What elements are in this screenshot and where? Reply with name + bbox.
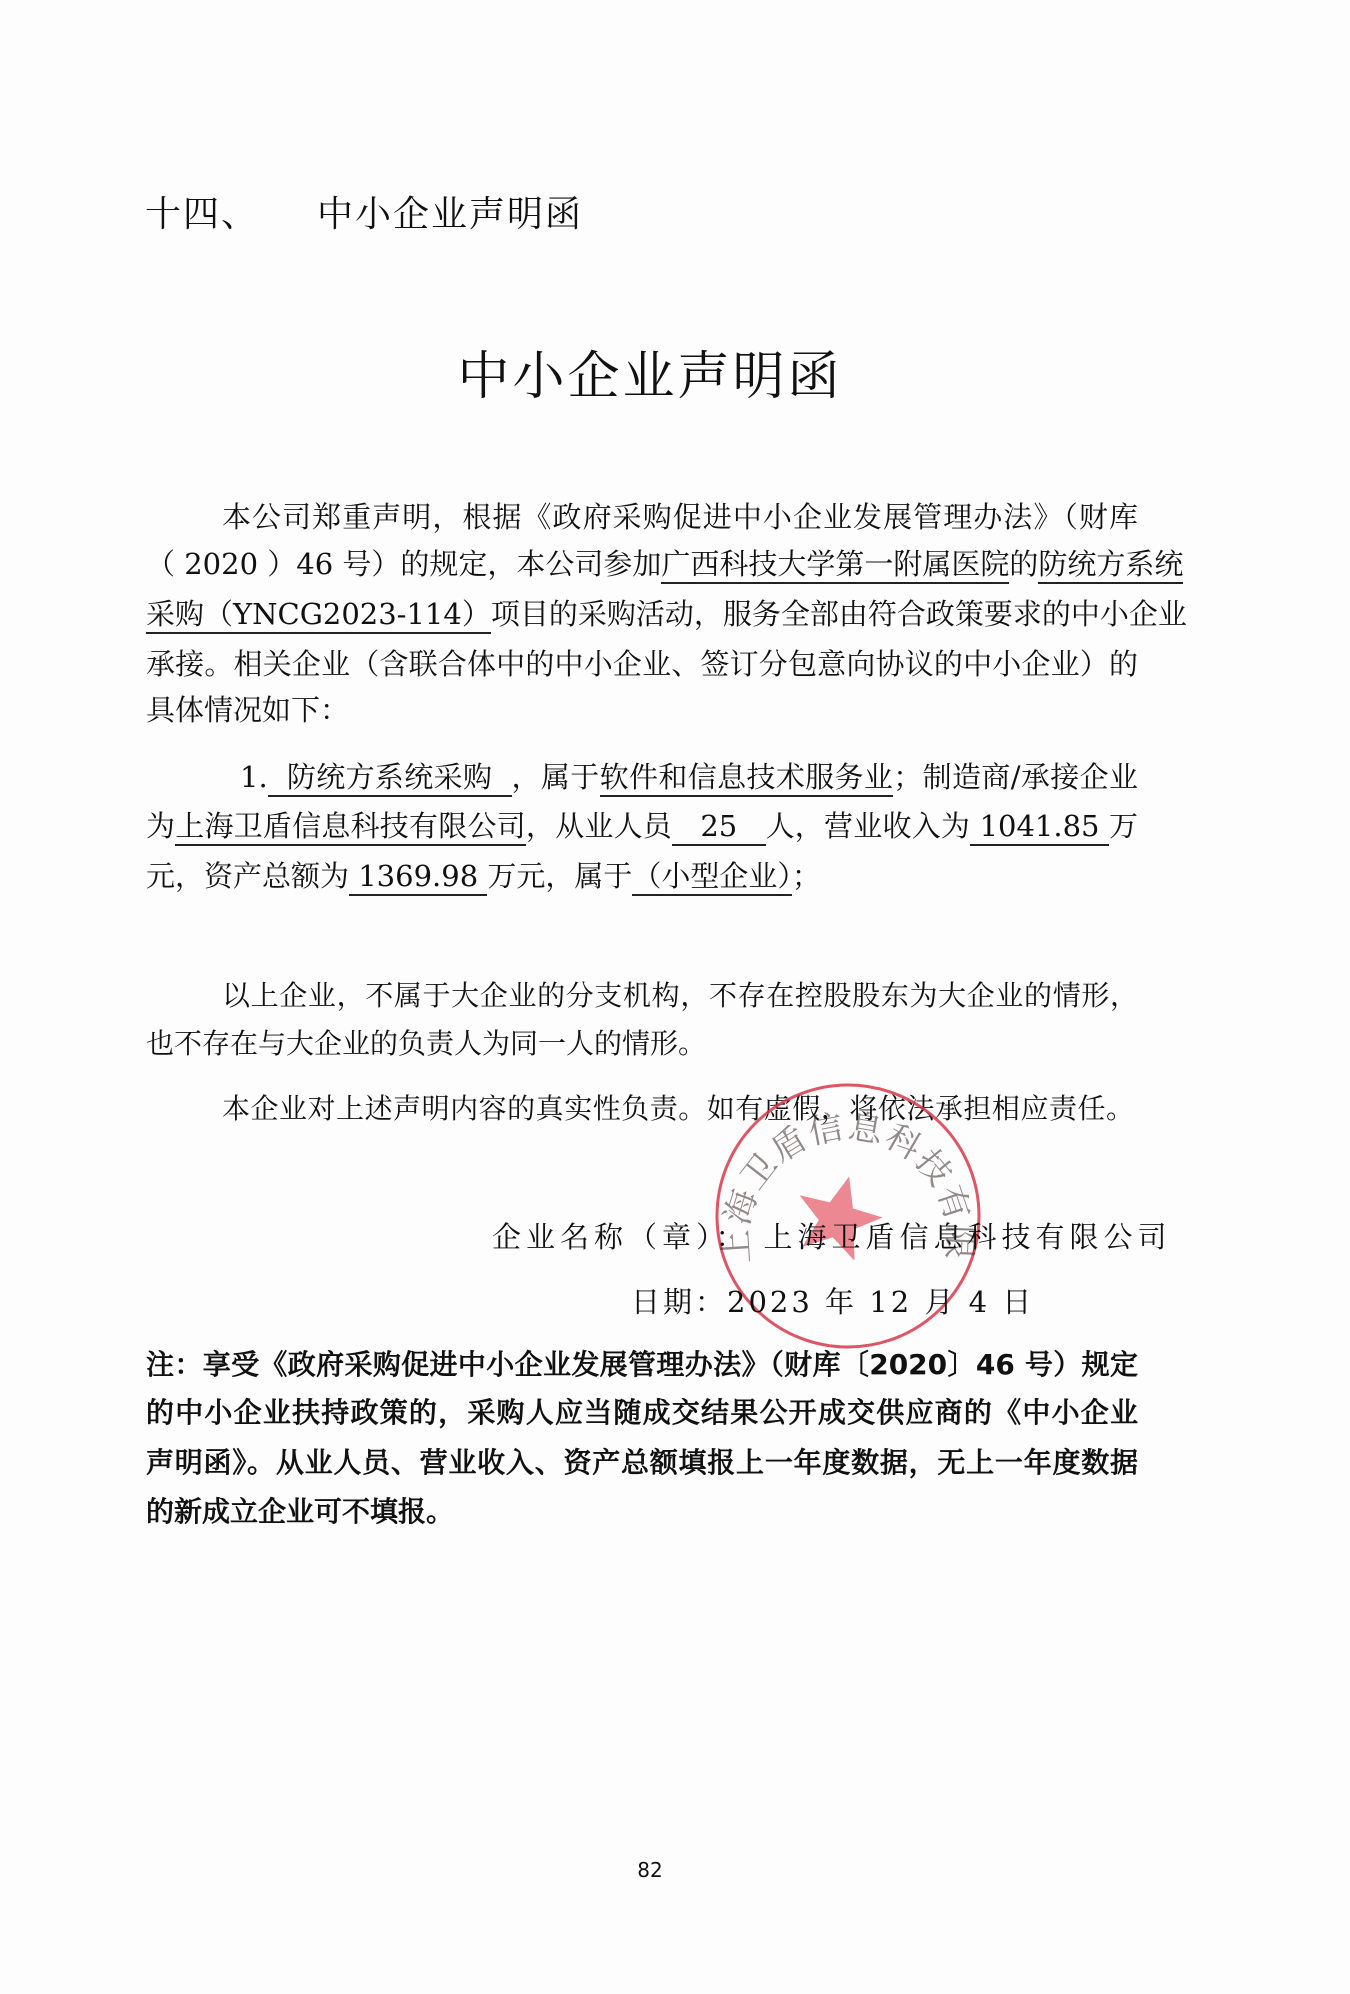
assets-label: 元，资产总额为	[146, 859, 349, 893]
regulation-ref: （ 2020 ）46 号）的规定，本公司参加	[146, 547, 661, 581]
type-label: 万元，属于	[487, 859, 632, 893]
note-line4: 的新成立企业可不填报。	[146, 1492, 1138, 1532]
paragraph2-line1: 以上企业，不属于大企业的分支机构，不存在控股股东为大企业的情形，	[222, 976, 1138, 1016]
item1-line1: 1. 防统方系统采购 ，属于软件和信息技术服务业；制造商/承接企业	[240, 757, 1138, 797]
maker-label: ；制造商/承接企业	[893, 760, 1138, 794]
item-end: ；	[792, 859, 821, 893]
belongs-label: ，属于	[512, 760, 600, 794]
paragraph3: 本企业对上述声明内容的真实性负责。如有虚假，将依法承担相应责任。	[222, 1089, 1134, 1129]
assets-value: 1369.98	[349, 859, 487, 896]
enterprise-type: （小型企业）	[632, 859, 792, 896]
paragraph1-line1: 本公司郑重声明，根据《政府采购促进中小企业发展管理办法》（财库	[146, 497, 1138, 537]
paragraph1-line3-text: 项目的采购活动，服务全部由符合政策要求的中小企业	[491, 597, 1187, 631]
document-title: 中小企业声明函	[0, 334, 1300, 409]
project-name-part2: 采购（YNCG2023-114）	[146, 597, 491, 634]
revenue-unit: 万	[1109, 809, 1138, 843]
page-number: 82	[0, 1858, 1300, 1882]
connector-text: 的	[1009, 547, 1038, 581]
company-name: 上海卫盾信息科技有限公司	[175, 809, 526, 846]
section-heading: 十四、中小企业声明函	[145, 186, 583, 237]
paragraph1-line5: 具体情况如下：	[146, 690, 1138, 730]
date-label: 日期：	[631, 1285, 727, 1319]
project-name-part1: 防统方系统	[1038, 547, 1183, 584]
signature-company-row: 企业名称（章）：上海卫盾信息科技有限公司	[492, 1215, 1172, 1256]
paragraph1-line3: 采购（YNCG2023-114）项目的采购活动，服务全部由符合政策要求的中小企业	[146, 594, 1138, 634]
item-index: 1.	[240, 760, 268, 794]
company-label: 企业名称（章）：	[492, 1220, 750, 1254]
employees-label: ，从业人员	[526, 809, 672, 843]
section-title: 中小企业声明函	[317, 194, 583, 235]
item1-line3: 元，资产总额为 1369.98 万元，属于（小型企业）；	[146, 856, 1138, 896]
paragraph1-line2: （ 2020 ）46 号）的规定，本公司参加广西科技大学第一附属医院的防统方系统	[146, 544, 1138, 584]
item1-line2: 为上海卫盾信息科技有限公司，从业人员 25 人，营业收入为 1041.85 万	[146, 806, 1138, 846]
date-value: 2023 年 12 月 4 日	[727, 1285, 1034, 1319]
revenue-label: 人，营业收入为	[766, 809, 971, 843]
goods-name: 防统方系统采购	[268, 760, 512, 797]
note-line1: 注：享受《政府采购促进中小企业发展管理办法》（财库〔2020〕46 号）规定	[146, 1345, 1138, 1385]
company-prefix: 为	[146, 809, 175, 843]
note-line3: 声明函》。从业人员、营业收入、资产总额填报上一年度数据，无上一年度数据	[146, 1443, 1138, 1483]
paragraph2-line2: 也不存在与大企业的负责人为同一人的情形。	[146, 1024, 1138, 1064]
note-line2: 的中小企业扶持政策的，采购人应当随成交结果公开成交供应商的《中小企业	[146, 1393, 1138, 1433]
section-number: 十四、	[145, 194, 259, 235]
signature-company-name: 上海卫盾信息科技有限公司	[764, 1220, 1172, 1254]
purchaser-name: 广西科技大学第一附属医院	[661, 547, 1009, 584]
employees-count: 25	[672, 809, 766, 846]
paragraph1-line4: 承接。相关企业（含联合体中的中小企业、签订分包意向协议的中小企业）的	[146, 644, 1138, 684]
industry: 软件和信息技术服务业	[600, 760, 894, 797]
signature-date-row: 日期：2023 年 12 月 4 日	[631, 1280, 1034, 1321]
revenue-value: 1041.85	[970, 809, 1109, 846]
